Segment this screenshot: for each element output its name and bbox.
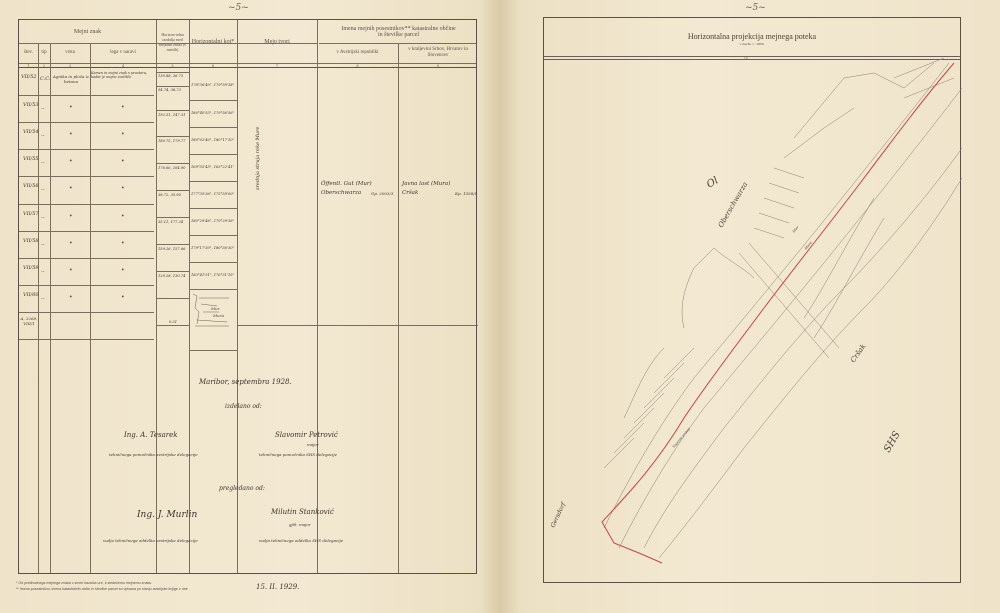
header-avstrija: v Avstrijski republiki <box>317 43 398 63</box>
boundary-table: Mejni znak štev. tip vrsta lega v naravi… <box>18 19 477 574</box>
header-kot: Horizontalni kot* <box>189 20 237 63</box>
signature-2: Slavomir Petrović <box>275 431 338 439</box>
footnote-2: ** Imena posestnikov, imena katastralnih… <box>16 587 188 591</box>
owner-shs-2: Cršak <box>402 190 418 196</box>
signature-1-title: tehničnega pomočnika avstrijske delegaci… <box>109 452 198 457</box>
svg-text:Oberschwarza: Oberschwarza <box>717 181 749 229</box>
page-number: ~5~ <box>228 3 249 13</box>
svg-text:Mura: Mura <box>212 313 225 318</box>
owner-austria-1: Öffentl. Gut (Mur) <box>321 181 372 187</box>
owner-shs-parcel: Kp. 1558/1 <box>455 191 477 196</box>
header-mejni-znak: Mejni znak <box>19 20 156 43</box>
cadastral-map: Ol Oberschwarza Mur Mura Cršak SHS Gersd… <box>544 18 962 584</box>
svg-text:Gersdorf: Gersdorf <box>549 500 567 529</box>
svg-text:Mur: Mur <box>210 306 221 311</box>
header-razdalja: Horizon-talna razdalja med mejnimi znaki… <box>156 20 189 63</box>
svg-text:SHS: SHS <box>882 429 903 454</box>
signature-4: Milutin Stanković <box>271 508 334 516</box>
header-imena: Imena mejnih posestnikov** katastralne o… <box>319 20 478 43</box>
signature-4-title: vodja tehničnega oddelka SHS delegacije <box>259 538 343 543</box>
owner-austria-parcel: Gp. 2003/3 <box>371 191 393 196</box>
signature-3: Ing. J. Murlin <box>137 510 197 520</box>
header-kraljevina: v kraljevini Srbov, Hrvatov in Slovencev <box>398 43 478 63</box>
map-frame: Horizontalna projekcija mejnega poteka v… <box>543 17 961 583</box>
mark-number: VII/52 <box>21 74 37 81</box>
right-page: ~5~ Horizontalna projekcija mejnega pote… <box>500 0 1000 613</box>
left-page: ~5~ Mejni znak štev. tip vrsta lega v na… <box>0 0 500 613</box>
state-boundary-line <box>602 63 954 563</box>
svg-text:Cršak: Cršak <box>849 343 867 365</box>
footnote-1: * Od predhodnega mejnega znaka v smeri k… <box>16 581 152 585</box>
izdelano-od: izdelano od: <box>225 403 262 410</box>
page-number: ~5~ <box>745 3 766 13</box>
mejo-tvori-text: srednja struja reke Mure <box>255 127 261 190</box>
header-tip: tip <box>38 43 50 63</box>
boundary-sketch: Mur Mura <box>189 290 237 352</box>
header-vrsta: vrsta <box>50 43 90 63</box>
header-mejo-tvori: Mejo tvori <box>237 20 317 63</box>
place-date: Maribor, septembra 1928. <box>199 378 292 386</box>
owner-shs-1: Javna last (Mura) <box>402 181 450 187</box>
header-stev: štev. <box>19 43 38 63</box>
signature-3-title: vodja tehničnega oddelka avstrijske dele… <box>103 538 198 543</box>
pregledano-od: pregledano od: <box>219 485 265 492</box>
svg-text:Štajerski prekop: Štajerski prekop <box>671 426 691 449</box>
signature-2-title: tehničnega pomočnika SHS delegacije <box>259 452 337 457</box>
header-lega: lega v naravi <box>90 43 156 63</box>
signature-1: Ing. A. Tesarek <box>124 431 177 439</box>
owner-austria-2: Oberschwarza <box>321 190 361 196</box>
footnote-date: 15. II. 1929. <box>256 583 299 591</box>
svg-text:Ol: Ol <box>705 175 720 190</box>
svg-text:Mur: Mur <box>791 225 800 234</box>
